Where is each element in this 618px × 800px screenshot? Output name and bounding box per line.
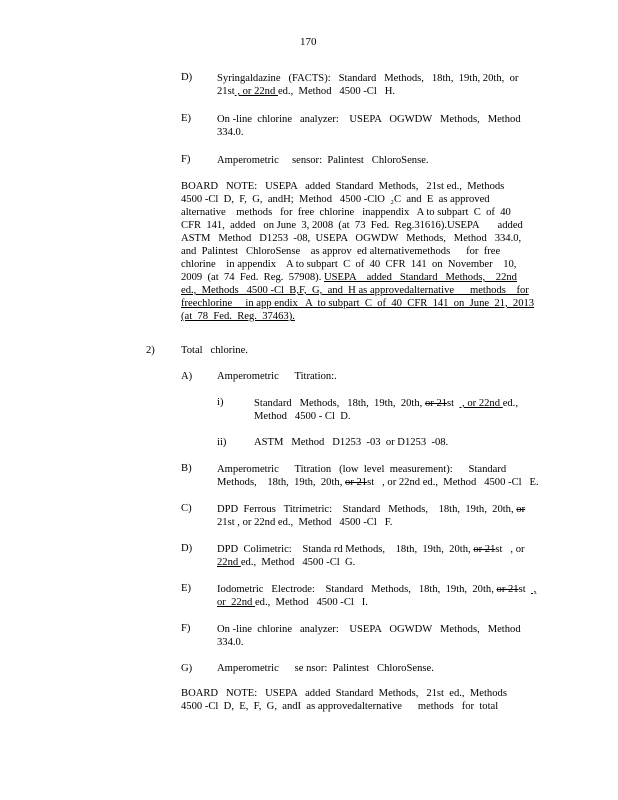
item-label: A) bbox=[181, 371, 192, 382]
item-text: On -line chlorine analyzer: USEPA OGWDW … bbox=[217, 623, 521, 649]
section-label: 2) bbox=[146, 345, 155, 356]
item-label: F) bbox=[181, 154, 190, 165]
subitem-label: ii) bbox=[217, 437, 226, 448]
item-text: On -line chlorine analyzer: USEPA OGWDW … bbox=[217, 113, 521, 139]
item-label: G) bbox=[181, 663, 192, 674]
item-text: DPD Ferrous Titrimetric: Standard Method… bbox=[217, 503, 525, 529]
item-label: D) bbox=[181, 543, 192, 554]
item-text: DPD Colimetric: Standa rd Methods, 18th,… bbox=[217, 543, 525, 569]
item-label: E) bbox=[181, 113, 191, 124]
board-note: BOARD NOTE: USEPA added Standard Methods… bbox=[181, 180, 534, 323]
section-title: Total chlorine. bbox=[181, 345, 248, 356]
item-label: F) bbox=[181, 623, 190, 634]
item-label: E) bbox=[181, 583, 191, 594]
item-text: Amperometric se nsor: Palintest ChloroSe… bbox=[217, 663, 434, 674]
item-text: Syringaldazine (FACTS): Standard Methods… bbox=[217, 72, 518, 98]
item-label: B) bbox=[181, 463, 192, 474]
item-text: Amperometric Titration:. bbox=[217, 371, 337, 382]
page-number: 170 bbox=[300, 36, 317, 48]
item-label: D) bbox=[181, 72, 192, 83]
subitem-text: ASTM Method D1253 -03 or D1253 -08. bbox=[254, 437, 448, 448]
subitem-label: i) bbox=[217, 397, 223, 408]
board-note: BOARD NOTE: USEPA added Standard Methods… bbox=[181, 687, 507, 713]
item-label: C) bbox=[181, 503, 192, 514]
item-text: Iodometric Electrode: Standard Methods, … bbox=[217, 583, 536, 609]
item-text: Amperometric sensor: Palintest ChloroSen… bbox=[217, 154, 429, 167]
subitem-text: Standard Methods, 18th, 19th, 20th, or 2… bbox=[254, 397, 518, 423]
item-text: Amperometric Titration (low level measur… bbox=[217, 463, 539, 489]
